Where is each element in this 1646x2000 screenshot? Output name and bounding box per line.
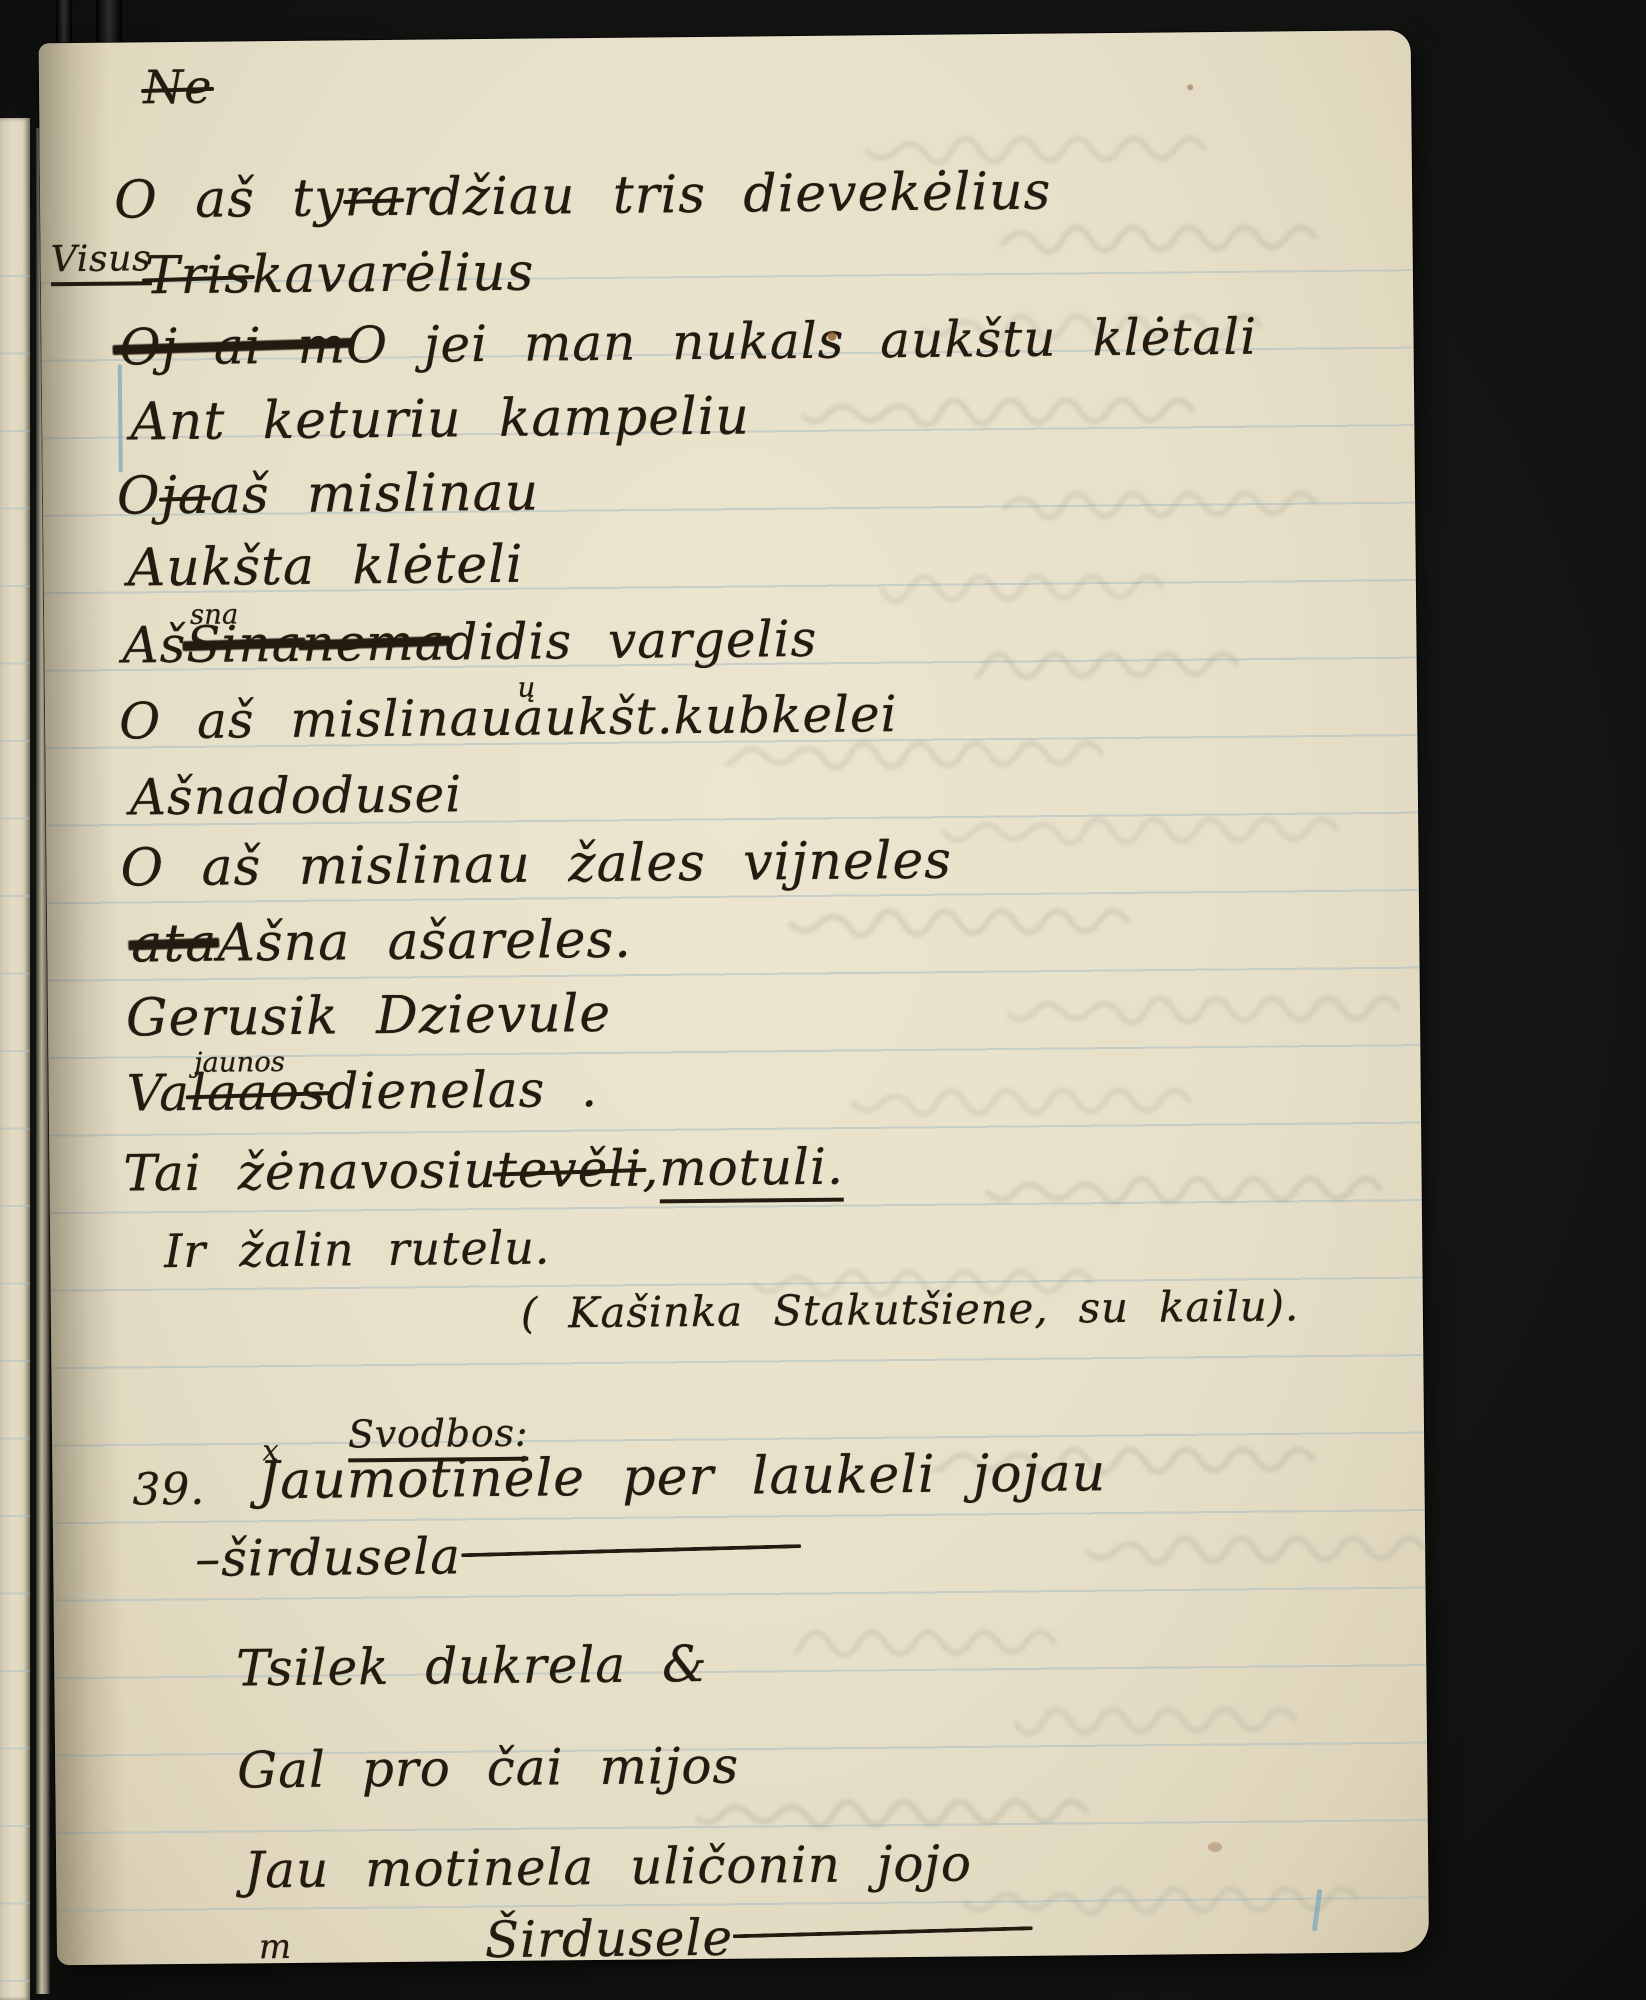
manuscript-line: O ja aš mislinau [117, 463, 540, 527]
manuscript-text: O jei man nukals aukštu klėtali [346, 308, 1258, 375]
manuscript-line: Ant keturiu kampeliu [130, 386, 750, 452]
ghost-squiggle [1073, 1522, 1429, 1569]
struck-text: nema [302, 613, 446, 672]
ghost-squiggle [926, 803, 1342, 851]
binding-bar [56, 0, 72, 46]
inserted-correction: sna [190, 598, 239, 630]
manuscript-text: didis vargelis [445, 610, 817, 672]
ghost-squiggle [854, 560, 1168, 607]
ink-rule [461, 1544, 801, 1557]
manuscript-line: AšSinasna nema didis vargelis [122, 610, 817, 675]
manuscript-text: širdusela [221, 1527, 461, 1587]
manuscript-text: Širdusele [485, 1909, 734, 1969]
manuscript-page: NeO aš tyra rdžiau tris dievekėliusVisus… [39, 30, 1429, 1965]
fox-spot [827, 332, 836, 341]
inserted-correction: jaunos [194, 1046, 285, 1079]
manuscript-line: Ašnadodusei [130, 765, 463, 826]
ghost-squiggle [849, 1074, 1195, 1121]
manuscript-text: Aš [122, 616, 186, 675]
manuscript-line: 39. [132, 1464, 205, 1516]
manuscript-text: ( Kašinka Stakutšiene, su kailu). [521, 1281, 1300, 1337]
manuscript-line: O aš mislinau žales vijneles [120, 831, 952, 899]
manuscript-line: Tris kavarėlius [145, 243, 535, 307]
manuscript-text: rdžiau tris dievekėlius [402, 162, 1051, 228]
manuscript-text: Ašnadodusei [130, 765, 463, 826]
struck-text: ata [131, 914, 218, 975]
manuscript-text: kavarėlius [252, 243, 535, 306]
manuscript-line: Oj ai m O jei man nukals aukštu klėtali [119, 308, 1257, 377]
manuscript-text: motuli. [659, 1138, 844, 1204]
manuscript-text: aš mislinau [210, 463, 540, 526]
ghost-squiggle [979, 1162, 1385, 1210]
manuscript-text: O aš mislinau [119, 689, 514, 751]
manuscript-text: Tsilek dukrela & [236, 1635, 708, 1698]
manuscript-line: Tsilek dukrela & [236, 1635, 708, 1698]
ghost-squiggle [695, 1785, 1091, 1833]
manuscript-text: Ir žalin rutelu. [164, 1220, 551, 1278]
manuscript-text: dienelas . [326, 1060, 598, 1121]
struck-text: Oj ai m [119, 316, 346, 376]
manuscript-text: Jaux [258, 1450, 347, 1511]
ghost-squiggle [1003, 477, 1321, 524]
ghost-squiggle [974, 638, 1242, 685]
struck-text: ja [160, 466, 210, 526]
manuscript-line: Visus [51, 238, 152, 286]
manuscript-line: Ne [143, 60, 213, 115]
manuscript-line: Jau motinela uličonin jojo [244, 1834, 972, 1899]
manuscript-text: Jau motinela uličonin jojo [244, 1834, 972, 1899]
manuscript-text: O [117, 466, 161, 526]
manuscript-text: Gerusik Dzievule [126, 984, 612, 1049]
inserted-correction: ų [517, 672, 535, 704]
handwriting-layer: NeO aš tyra rdžiau tris dievekėliusVisus… [39, 30, 1411, 43]
scanned-notebook-page: NeO aš tyra rdžiau tris dievekėliusVisus… [0, 0, 1646, 2000]
manuscript-text: O aš mislinau žales vijneles [120, 831, 952, 899]
previous-page-edge [0, 118, 30, 2000]
struck-text: laaosjaunos [190, 1063, 327, 1122]
manuscript-line: Gal pro čai mijos [237, 1737, 739, 1800]
manuscript-line: Širdusele [485, 1906, 1034, 1969]
manuscript-text: aukšt.ų [513, 687, 674, 747]
inserted-correction: x [262, 1433, 278, 1467]
manuscript-line: Ir žalin rutelu. [164, 1220, 551, 1278]
ghost-squiggle [794, 1616, 1060, 1663]
manuscript-text: , [642, 1139, 659, 1197]
bleed-through-ghost-writing [39, 30, 1411, 43]
manuscript-line: Tai žėnavosiu tevěli, motuli. [123, 1138, 844, 1209]
fox-spot [1187, 84, 1193, 90]
fox-spot [1208, 1842, 1222, 1852]
ghost-squiggle [802, 384, 1198, 432]
manuscript-line: ata Ašna ašareles. [131, 910, 632, 975]
manuscript-text: O aš ty [114, 168, 345, 230]
manuscript-text: Visus [51, 238, 152, 286]
manuscript-line: – širdusela [195, 1524, 801, 1588]
manuscript-line: Gerusik Dzievule [126, 984, 612, 1049]
struck-text: Sinasna [186, 615, 303, 674]
struck-text: tevěli [497, 1140, 643, 1199]
manuscript-line: ( Kašinka Stakutšiene, su kailu). [521, 1281, 1300, 1337]
manuscript-text: Gal pro čai mijos [237, 1737, 739, 1800]
manuscript-line: Aukšta klėteli [127, 535, 523, 599]
struck-text: ra [344, 168, 403, 229]
ghost-squiggle [1008, 982, 1404, 1030]
manuscript-line: Valaaosjaunos dienelas . [126, 1060, 598, 1123]
manuscript-line: O aš mislinau aukšt.ų kubkelei [119, 685, 898, 750]
manuscript-text: Ant keturiu kampeliu [130, 386, 750, 452]
ghost-squiggle [1015, 1693, 1301, 1740]
manuscript-line: O aš tyra rdžiau tris dievekėlius [114, 162, 1052, 231]
manuscript-text: kubkelei [673, 685, 898, 745]
manuscript-text: Aukšta klėteli [127, 535, 523, 599]
ruled-lines-strip [0, 275, 30, 2000]
manuscript-text: Ašna ašareles. [217, 910, 632, 974]
manuscript-text: – [195, 1530, 222, 1588]
manuscript-text: 39. [132, 1464, 205, 1516]
manuscript-line: Jaux motinėle per laukeli jojau [258, 1443, 1106, 1511]
manuscript-line: m [259, 1927, 292, 1967]
manuscript-text: motinėle per laukeli jojau [347, 1443, 1107, 1510]
struck-text: Tris [145, 245, 253, 306]
ghost-squiggle [787, 895, 1133, 942]
ink-rule [733, 1926, 1033, 1938]
struck-text: Ne [143, 60, 213, 115]
manuscript-text: Tai žėnavosiu [123, 1141, 497, 1203]
manuscript-text: Va [126, 1064, 190, 1123]
manuscript-text: m [259, 1927, 292, 1967]
